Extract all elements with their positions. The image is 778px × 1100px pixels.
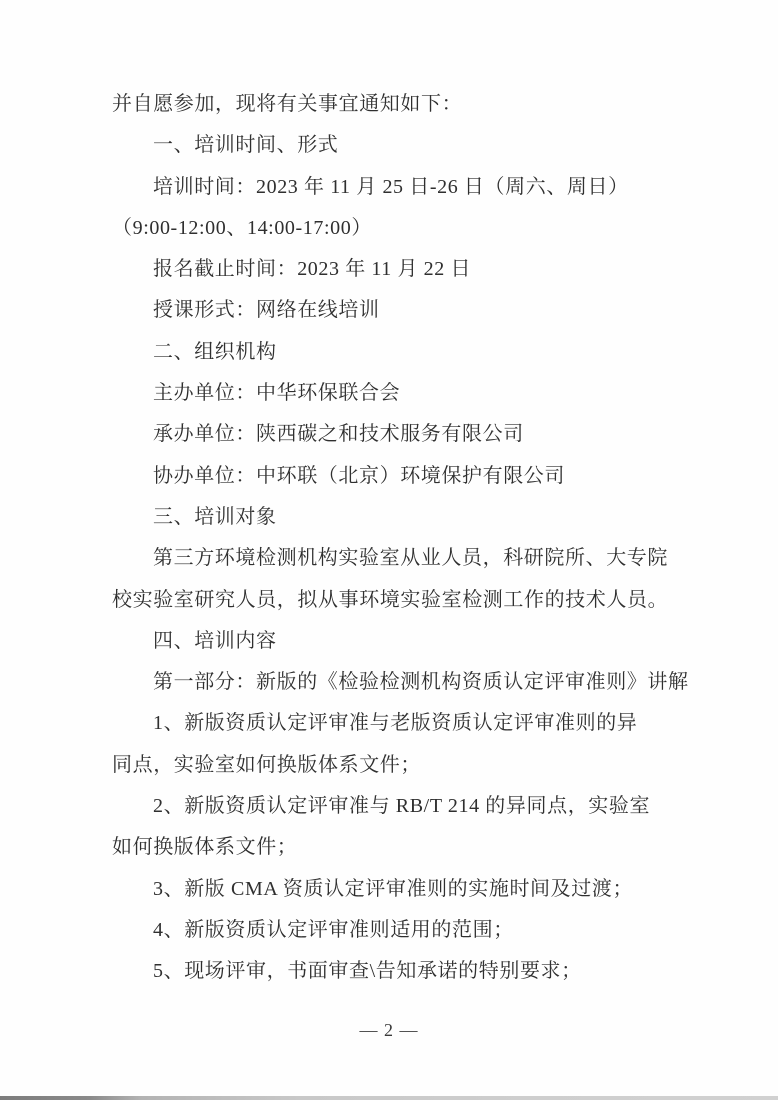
text-line: 主办单位：中华环保联合会 [112,373,712,414]
text-line: 第三方环境检测机构实验室从业人员，科研院所、大专院 [112,538,712,579]
text-line: 报名截止时间：2023 年 11 月 22 日 [112,249,712,290]
text-line: 授课形式：网络在线培训 [112,290,712,331]
section-heading-3: 三、培训对象 [112,497,712,538]
document-page: 并自愿参加，现将有关事宜通知如下： 一、培训时间、形式 培训时间：2023 年 … [0,0,778,1100]
list-item-4: 4、新版资质认定评审准则适用的范围； [112,910,712,951]
list-item-5: 5、现场评审，书面审查\告知承诺的特别要求； [112,951,712,992]
text-line: 承办单位：陕西碳之和技术服务有限公司 [112,414,712,455]
text-line: 培训时间：2023 年 11 月 25 日-26 日（周六、周日） [112,167,712,208]
document-body: 并自愿参加，现将有关事宜通知如下： 一、培训时间、形式 培训时间：2023 年 … [112,84,712,993]
section-heading-1: 一、培训时间、形式 [112,125,712,166]
list-item-2: 2、新版资质认定评审准与 RB/T 214 的异同点，实验室 [112,786,712,827]
text-line: 如何换版体系文件； [112,827,712,868]
text-line: 校实验室研究人员，拟从事环境实验室检测工作的技术人员。 [112,580,712,621]
section-heading-2: 二、组织机构 [112,332,712,373]
text-line: （9:00-12:00、14:00-17:00） [112,208,712,249]
section-heading-4: 四、培训内容 [112,621,712,662]
text-line: 协办单位：中环联（北京）环境保护有限公司 [112,456,712,497]
text-line: 并自愿参加，现将有关事宜通知如下： [112,84,712,125]
list-item-3: 3、新版 CMA 资质认定评审准则的实施时间及过渡； [112,869,712,910]
page-number: — 2 — [0,1020,778,1041]
text-line: 同点，实验室如何换版体系文件； [112,745,712,786]
list-item-1: 1、新版资质认定评审准与老版资质认定评审准则的异 [112,703,712,744]
scan-edge-artifact [0,1096,778,1100]
text-line: 第一部分：新版的《检验检测机构资质认定评审准则》讲解 [112,662,712,703]
